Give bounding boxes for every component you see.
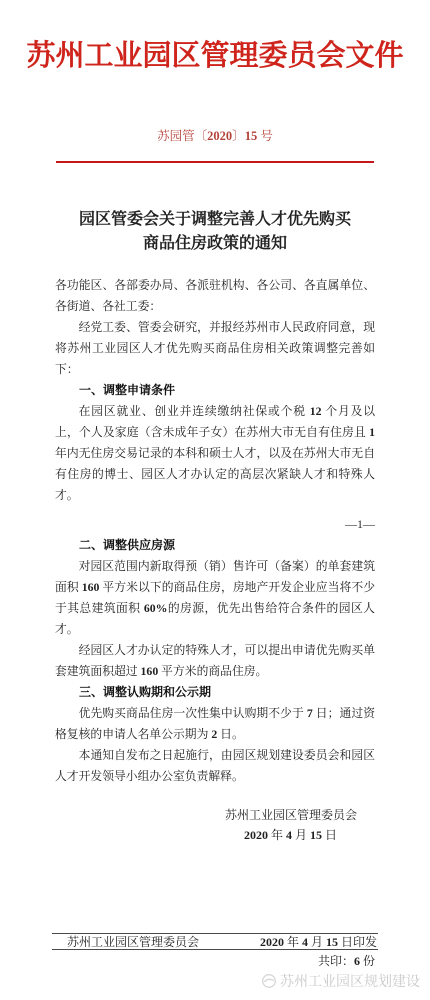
section-2-paragraph-1: 对园区范围内新取得预（销）售许可（备案）的单套建筑面积 160 平方米以下的商品… [55,556,375,640]
section-1-heading: 一、调整申请条件 [55,380,375,401]
red-divider-line [56,161,374,163]
section-1-paragraph: 在园区就业、创业并连续缴纳社保或个税 12 个月及以上，个人及家庭（含未成年子女… [55,401,375,506]
footer-copies-count: 共印：6 份 [52,952,375,969]
page-number-marker: —1— [55,514,375,535]
official-document-page: 苏州工业园区管理委员会文件 苏园管〔2020〕15 号 园区管委会关于调整完善人… [0,0,430,1000]
red-header-org-title: 苏州工业园区管理委员会文件 [0,0,430,76]
print-footer: 苏州工业园区管理委员会 2020 年 4 月 15 日印发 共印：6 份 [52,933,378,969]
signature-org: 苏州工业园区管理委员会 [55,805,357,825]
document-title-line2: 商品住房政策的通知 [143,235,287,252]
watermark-text: 苏州工业园区规划建设 [280,971,420,991]
recipients-line: 各功能区、各部委办局、各派驻机构、各公司、各直属单位、各街道、各社工委： [55,275,375,317]
footer-print-date: 2020 年 4 月 15 日印发 [260,933,377,950]
print-footer-row: 苏州工业园区管理委员会 2020 年 4 月 15 日印发 [52,933,378,950]
section-2-heading: 二、调整供应房源 [55,535,375,556]
section-3-heading: 三、调整认购期和公示期 [55,682,375,703]
signature-date: 2020 年 4 月 15 日 [55,825,337,845]
document-title-line1: 园区管委会关于调整完善人才优先购买 [79,211,351,228]
footer-issuer: 苏州工业园区管理委员会 [67,933,199,950]
section-2-paragraph-2: 经园区人才办认定的特殊人才，可以提出申请优先购买单套建筑面积超过 160 平方米… [55,640,375,682]
document-title: 园区管委会关于调整完善人才优先购买 商品住房政策的通知 [0,208,430,256]
document-body: 各功能区、各部委办局、各派驻机构、各公司、各直属单位、各街道、各社工委： 经党工… [55,275,375,845]
signature-block: 苏州工业园区管理委员会 2020 年 4 月 15 日 [55,805,375,845]
doc-number: 苏园管〔2020〕15 号 [0,128,430,145]
watermark: 苏州工业园区规划建设 [261,971,420,991]
section-3-paragraph-2: 本通知自发布之日起施行，由园区规划建设委员会和园区人才开发领导小组办公室负责解释… [55,745,375,787]
intro-paragraph: 经党工委、管委会研究，并报经苏州市人民政府同意，现将苏州工业园区人才优先购买商品… [55,317,375,380]
section-3-paragraph-1: 优先购买商品住房一次性集中认购期不少于 7 日；通过资格复核的申请人名单公示期为… [55,703,375,745]
watermark-logo-icon [261,973,277,989]
